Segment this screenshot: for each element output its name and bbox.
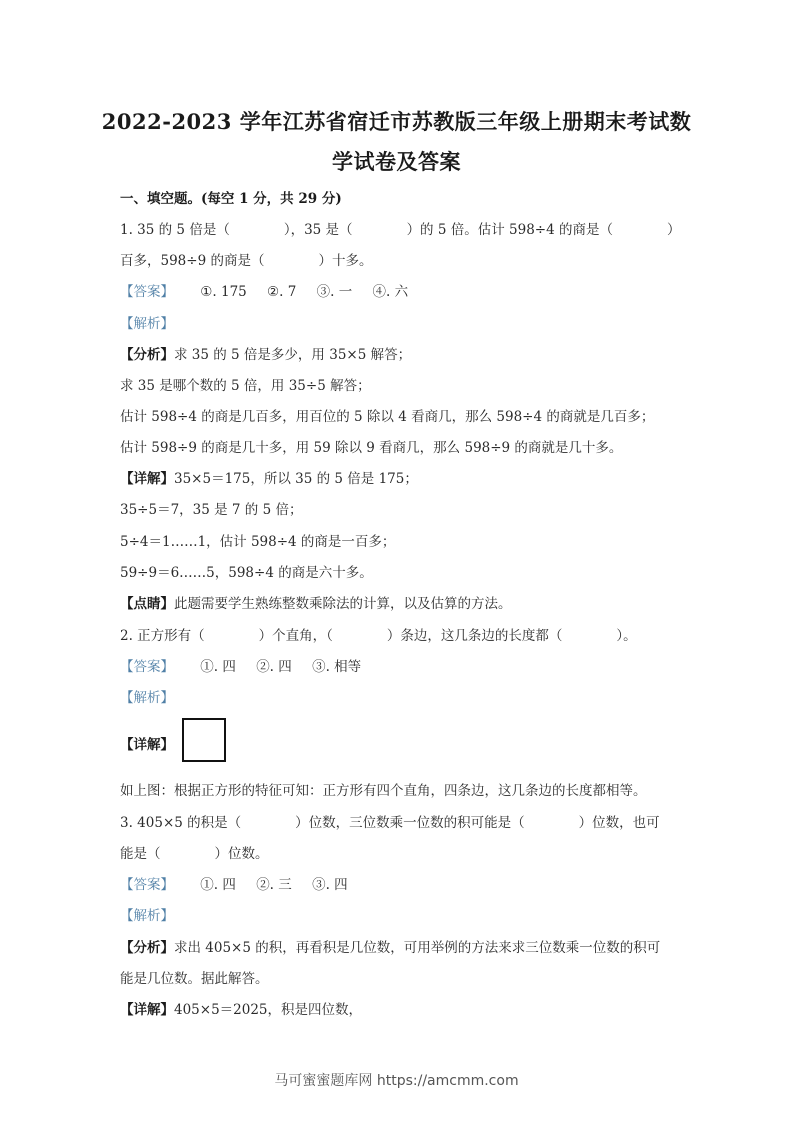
document-title-line2: 学试卷及答案 bbox=[0, 146, 793, 176]
q3-answer-2: ②. 三 bbox=[256, 877, 292, 893]
q1-detail-4: 59÷9＝6……5，598÷4 的商是六十多。 bbox=[120, 561, 373, 581]
q2-answer-row: 【答案】 ①. 四 ②. 四 ③. 相等 bbox=[120, 655, 361, 675]
q1-dianjing-text: 此题需要学生熟练整数乘除法的计算，以及估算的方法。 bbox=[174, 596, 512, 612]
q1-answer-4: ④. 六 bbox=[373, 284, 409, 300]
q3-stem-line1: 3. 405×5 的积是（）位数，三位数乘一位数的积可能是（）位数，也可 bbox=[120, 811, 660, 831]
section-heading: 一、填空题。(每空 1 分，共 29 分) bbox=[120, 187, 342, 207]
q1-stem-line2: 百多，598÷9 的商是（）十多。 bbox=[120, 249, 372, 269]
q1-text-b: ），35 是（ bbox=[284, 222, 353, 238]
answer-label: 【答案】 bbox=[120, 284, 174, 300]
footer-watermark: 马可蜜蜜题库网 https://amcmm.com bbox=[0, 1070, 793, 1090]
q2-detail-label: 【详解】 bbox=[120, 733, 174, 753]
q1-answer-3: ③. 一 bbox=[317, 284, 353, 300]
q1-answer-2: ②. 7 bbox=[267, 284, 296, 300]
q2-text-a: 2. 正方形有（ bbox=[120, 628, 205, 644]
q1-detail-2: 35÷5＝7，35 是 7 的 5 倍； bbox=[120, 498, 302, 518]
q1-text-c: ）的 5 倍。估计 598÷4 的商是（ bbox=[407, 222, 613, 238]
document-title-line1: 2022-2023 学年江苏省宿迁市苏教版三年级上册期末考试数 bbox=[0, 106, 793, 136]
q3-fenxi-2: 能是几位数。据此解答。 bbox=[120, 967, 269, 987]
q2-explain: 如上图：根据正方形的特征可知：正方形有四个直角，四条边，这几条边的长度都相等。 bbox=[120, 779, 647, 799]
q1-fenxi-text-1: 求 35 的 5 倍是多少，用 35×5 解答； bbox=[174, 347, 411, 363]
q1-text-a: 1. 35 的 5 倍是（ bbox=[120, 222, 230, 238]
q1-analysis-label: 【解析】 bbox=[120, 312, 174, 332]
q1-detail-3: 5÷4＝1……1，估计 598÷4 的商是一百多； bbox=[120, 530, 395, 550]
q3-text-c: ）位数，也可 bbox=[579, 815, 660, 831]
q2-analysis-label: 【解析】 bbox=[120, 686, 174, 706]
q1-text-f: ）十多。 bbox=[318, 253, 372, 269]
q3-text-e: ）位数。 bbox=[215, 846, 269, 862]
q2-answer-1: ①. 四 bbox=[200, 659, 236, 675]
fenxi-label: 【分析】 bbox=[120, 940, 174, 956]
q3-text-d: 能是（ bbox=[120, 846, 161, 862]
q3-stem-line2: 能是（）位数。 bbox=[120, 842, 269, 862]
document-page: 2022-2023 学年江苏省宿迁市苏教版三年级上册期末考试数 学试卷及答案 一… bbox=[0, 0, 793, 1122]
dianjing-label: 【点睛】 bbox=[120, 596, 174, 612]
q3-fenxi-1: 【分析】求出 405×5 的积，再看积是几位数，可用举例的方法来求三位数乘一位数… bbox=[120, 936, 660, 956]
q1-fenxi-2: 求 35 是哪个数的 5 倍，用 35÷5 解答； bbox=[120, 374, 371, 394]
detail-label: 【详解】 bbox=[120, 471, 174, 487]
q3-answer-row: 【答案】 ①. 四 ②. 三 ③. 四 bbox=[120, 873, 348, 893]
q1-stem-line1: 1. 35 的 5 倍是（），35 是（）的 5 倍。估计 598÷4 的商是（… bbox=[120, 218, 680, 238]
q3-text-a: 3. 405×5 的积是（ bbox=[120, 815, 241, 831]
q3-detail: 【详解】405×5＝2025，积是四位数， bbox=[120, 998, 362, 1018]
q1-dianjing: 【点睛】此题需要学生熟练整数乘除法的计算，以及估算的方法。 bbox=[120, 592, 512, 612]
q2-text-c: ）条边，这几条边的长度都（ bbox=[387, 628, 563, 644]
q1-answer-row: 【答案】 ①. 175 ②. 7 ③. 一 ④. 六 bbox=[120, 280, 408, 300]
answer-label: 【答案】 bbox=[120, 659, 174, 675]
q1-fenxi-3: 估计 598÷4 的商是几百多，用百位的 5 除以 4 看商几，那么 598÷4… bbox=[120, 405, 654, 425]
q1-detail-text-1: 35×5＝175，所以 35 的 5 倍是 175； bbox=[174, 471, 418, 487]
q1-text-e: 百多，598÷9 的商是（ bbox=[120, 253, 264, 269]
q1-fenxi-1: 【分析】求 35 的 5 倍是多少，用 35×5 解答； bbox=[120, 343, 411, 363]
q3-fenxi-text-1: 求出 405×5 的积，再看积是几位数，可用举例的方法来求三位数乘一位数的积可 bbox=[174, 940, 660, 956]
q3-analysis-label: 【解析】 bbox=[120, 904, 174, 924]
q2-stem-line1: 2. 正方形有（）个直角，（）条边，这几条边的长度都（）。 bbox=[120, 624, 637, 644]
q3-detail-text: 405×5＝2025，积是四位数， bbox=[174, 1002, 362, 1018]
q2-answer-3: ③. 相等 bbox=[312, 659, 361, 675]
q2-text-d: ）。 bbox=[616, 628, 636, 644]
q1-text-d: ） bbox=[667, 222, 681, 238]
q2-text-b: ）个直角，（ bbox=[259, 628, 333, 644]
q1-fenxi-4: 估计 598÷9 的商是几十多，用 59 除以 9 看商几，那么 598÷9 的… bbox=[120, 436, 622, 456]
q1-answer-1: ①. 175 bbox=[200, 284, 246, 300]
q3-text-b: ）位数，三位数乘一位数的积可能是（ bbox=[295, 815, 525, 831]
fenxi-label: 【分析】 bbox=[120, 347, 174, 363]
answer-label: 【答案】 bbox=[120, 877, 174, 893]
q1-detail-1: 【详解】35×5＝175，所以 35 的 5 倍是 175； bbox=[120, 467, 418, 487]
q3-answer-3: ③. 四 bbox=[312, 877, 348, 893]
square-figure bbox=[182, 718, 226, 762]
q2-answer-2: ②. 四 bbox=[256, 659, 292, 675]
detail-label: 【详解】 bbox=[120, 1002, 174, 1018]
q3-answer-1: ①. 四 bbox=[200, 877, 236, 893]
